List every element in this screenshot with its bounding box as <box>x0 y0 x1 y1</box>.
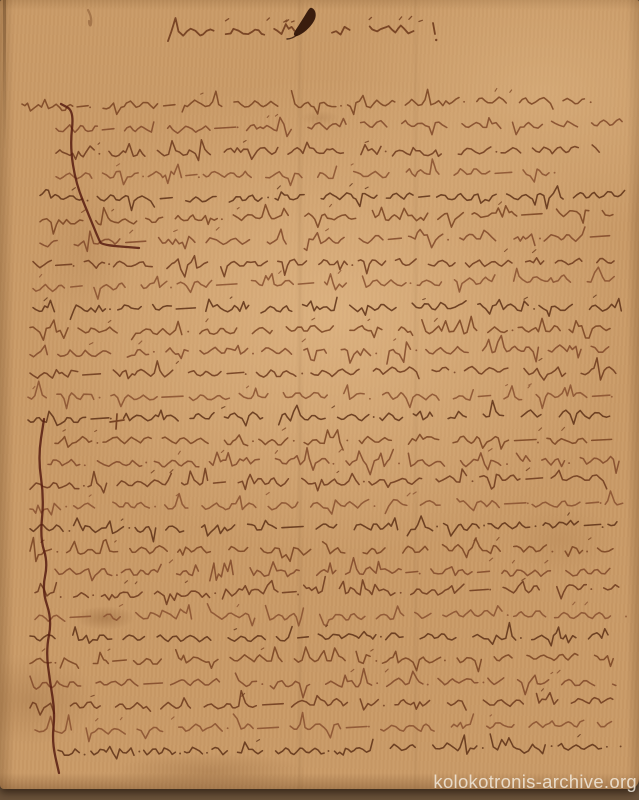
heading-stroke <box>168 18 294 41</box>
punctuation-dot <box>92 594 94 596</box>
handwriting-diacritics <box>98 141 369 145</box>
punctuation-dot <box>237 126 239 128</box>
punctuation-dot <box>128 527 130 529</box>
punctuation-dot <box>590 101 592 103</box>
punctuation-dot <box>369 398 371 400</box>
punctuation-dot <box>586 551 588 553</box>
punctuation-dot <box>116 574 118 576</box>
punctuation-dot <box>297 594 299 596</box>
punctuation-dot <box>252 353 254 355</box>
handwriting-line <box>30 623 608 646</box>
handwriting-diacritics <box>72 184 368 190</box>
punctuation-dot <box>590 588 592 590</box>
punctuation-dot <box>363 481 365 483</box>
punctuation-dot <box>436 526 438 528</box>
punctuation-dot <box>606 746 608 748</box>
handwriting-diacritics <box>351 669 560 674</box>
punctuation-dot <box>444 659 446 661</box>
punctuation-dot <box>56 551 58 553</box>
handwriting-diacritics <box>121 513 569 520</box>
punctuation-dot <box>206 752 208 754</box>
punctuation-dot <box>385 150 387 152</box>
punctuation-dot <box>373 416 375 418</box>
punctuation-dot <box>142 175 144 177</box>
punctuation-dot <box>83 485 85 487</box>
handwriting-diacritics <box>96 715 492 721</box>
punctuation-dot <box>99 397 101 399</box>
handwriting-line <box>30 647 613 672</box>
handwriting-line <box>30 516 617 542</box>
punctuation-dot <box>625 616 627 618</box>
heading-diacritics <box>226 18 295 22</box>
punctuation-dot <box>611 396 613 398</box>
handwriting-diacritics <box>505 249 536 253</box>
punctuation-dot <box>145 462 147 464</box>
corner-smudge-mark <box>88 10 91 25</box>
ink-blot <box>294 8 316 36</box>
punctuation-dot <box>221 218 223 220</box>
punctuation-dot <box>293 440 295 442</box>
punctuation-dot <box>506 463 508 465</box>
punctuation-dot <box>96 442 98 444</box>
punctuation-dot <box>483 525 485 527</box>
punctuation-dot <box>620 745 622 747</box>
punctuation-dot <box>554 172 556 174</box>
handwriting-line <box>22 89 584 114</box>
punctuation-dot <box>340 105 342 107</box>
punctuation-dot <box>68 530 70 532</box>
handwriting-line <box>55 430 612 450</box>
punctuation-dot <box>187 331 189 333</box>
handwriting-line <box>30 358 616 380</box>
punctuation-dot <box>179 753 181 755</box>
punctuation-dot <box>551 551 553 553</box>
handwriting-line <box>30 538 613 562</box>
handwriting-diacritics <box>176 359 542 364</box>
punctuation-dot <box>507 614 509 616</box>
punctuation-dot <box>351 264 353 266</box>
handwriting-line <box>56 140 599 161</box>
manuscript-scan-page: kolokotronis-archive.org <box>0 0 639 800</box>
punctuation-dot <box>110 418 112 420</box>
punctuation-dot <box>383 705 385 707</box>
punctuation-dot <box>368 726 370 728</box>
punctuation-dot <box>87 200 89 202</box>
watermark-text: kolokotronis-archive.org <box>433 771 637 793</box>
punctuation-dot <box>535 525 537 527</box>
punctuation-dot <box>376 682 378 684</box>
handwriting-line <box>56 117 622 136</box>
punctuation-dot <box>495 151 497 153</box>
punctuation-dot <box>227 727 229 729</box>
handwriting-line <box>30 336 609 365</box>
punctuation-dot <box>512 329 514 331</box>
heading-exclamation <box>433 23 435 34</box>
punctuation-dot <box>415 349 417 351</box>
punctuation-dot <box>301 373 303 375</box>
punctuation-dot <box>346 439 348 441</box>
punctuation-dot <box>380 636 382 638</box>
punctuation-dot <box>198 176 200 178</box>
punctuation-dot <box>539 238 541 240</box>
punctuation-dot <box>84 754 86 756</box>
punctuation-dot <box>84 464 86 466</box>
punctuation-dot <box>551 745 553 747</box>
handwriting-diacritics <box>117 164 354 166</box>
handwriting-diacritics <box>222 406 335 408</box>
punctuation-dot <box>602 526 604 528</box>
punctuation-dot <box>375 660 377 662</box>
ink-blot-tail <box>287 35 297 39</box>
punctuation-dot <box>98 153 100 155</box>
handwriting-diacritics <box>33 384 531 389</box>
handwriting-line <box>40 186 625 211</box>
punctuation-dot <box>419 573 421 575</box>
handwriting-line <box>30 468 618 492</box>
punctuation-dot <box>520 637 522 639</box>
punctuation-dot <box>89 106 91 108</box>
handwriting-diacritics <box>41 538 591 543</box>
punctuation-dot <box>214 592 216 594</box>
handwriting-diacritics <box>130 228 329 234</box>
punctuation-dot <box>245 373 247 375</box>
heading-stroke <box>332 26 414 35</box>
punctuation-dot <box>527 502 529 504</box>
handwriting-line <box>58 734 615 759</box>
punctuation-dot <box>332 463 334 465</box>
handwriting-diacritics <box>40 271 341 278</box>
punctuation-dot <box>109 308 111 310</box>
handwriting-diacritics <box>82 202 502 213</box>
handwriting-line <box>56 159 549 186</box>
punctuation-dot <box>252 440 254 442</box>
handwriting-diacritics <box>90 339 396 345</box>
punctuation-dot <box>60 596 62 598</box>
punctuation-dot <box>482 681 484 683</box>
handwriting-line <box>35 577 619 605</box>
punctuation-dot <box>154 506 156 508</box>
handwriting-line <box>30 316 610 340</box>
punctuation-dot <box>537 442 539 444</box>
punctuation-dot <box>489 589 491 591</box>
punctuation-dot <box>400 592 402 594</box>
punctuation-dot <box>138 751 140 753</box>
heading-diacritics <box>369 16 422 21</box>
punctuation-dot <box>153 351 155 353</box>
handwriting-diacritics <box>151 468 529 473</box>
handwriting-layer <box>0 0 639 800</box>
handwriting-diacritics <box>267 115 277 118</box>
handwriting-line <box>35 604 621 626</box>
punctuation-dot <box>54 662 56 664</box>
punctuation-dot <box>600 502 602 504</box>
punctuation-dot <box>73 265 75 267</box>
punctuation-dot <box>374 505 376 507</box>
handwriting-diacritics <box>89 492 416 496</box>
punctuation-dot <box>267 196 269 198</box>
handwriting-line <box>48 448 619 475</box>
handwriting-diacritics <box>234 625 327 630</box>
handwriting-diacritics <box>201 89 512 95</box>
punctuation-dot <box>482 747 484 749</box>
handwriting-line <box>55 558 610 581</box>
punctuation-dot <box>454 371 456 373</box>
punctuation-dot <box>533 308 535 310</box>
punctuation-dot <box>568 462 570 464</box>
punctuation-dot <box>398 462 400 464</box>
handwriting-line <box>35 713 612 742</box>
handwriting-line <box>30 669 616 698</box>
heading-exclamation-dot <box>435 39 437 41</box>
punctuation-dot <box>463 101 465 103</box>
handwriting-diacritics <box>169 558 548 563</box>
cross-annotation-mark <box>110 414 124 429</box>
handwriting-line <box>33 256 614 277</box>
punctuation-dot <box>261 683 263 685</box>
handwriting-line <box>33 297 621 319</box>
punctuation-dot <box>170 287 172 289</box>
punctuation-dot <box>472 480 474 482</box>
punctuation-dot <box>375 352 377 354</box>
handwriting-line <box>33 267 614 299</box>
handwriting-diacritics <box>63 427 565 431</box>
punctuation-dot <box>427 684 429 686</box>
punctuation-dot <box>410 282 412 284</box>
handwriting-diacritics <box>257 735 581 742</box>
handwriting-diacritics <box>44 295 596 301</box>
punctuation-dot <box>65 506 67 508</box>
handwriting-line <box>30 491 623 515</box>
punctuation-dot <box>108 263 110 265</box>
punctuation-dot <box>447 239 449 241</box>
handwriting-diacritics <box>108 318 437 322</box>
handwriting-diacritics <box>178 449 492 454</box>
punctuation-dot <box>328 750 330 752</box>
handwriting-line <box>28 381 610 408</box>
